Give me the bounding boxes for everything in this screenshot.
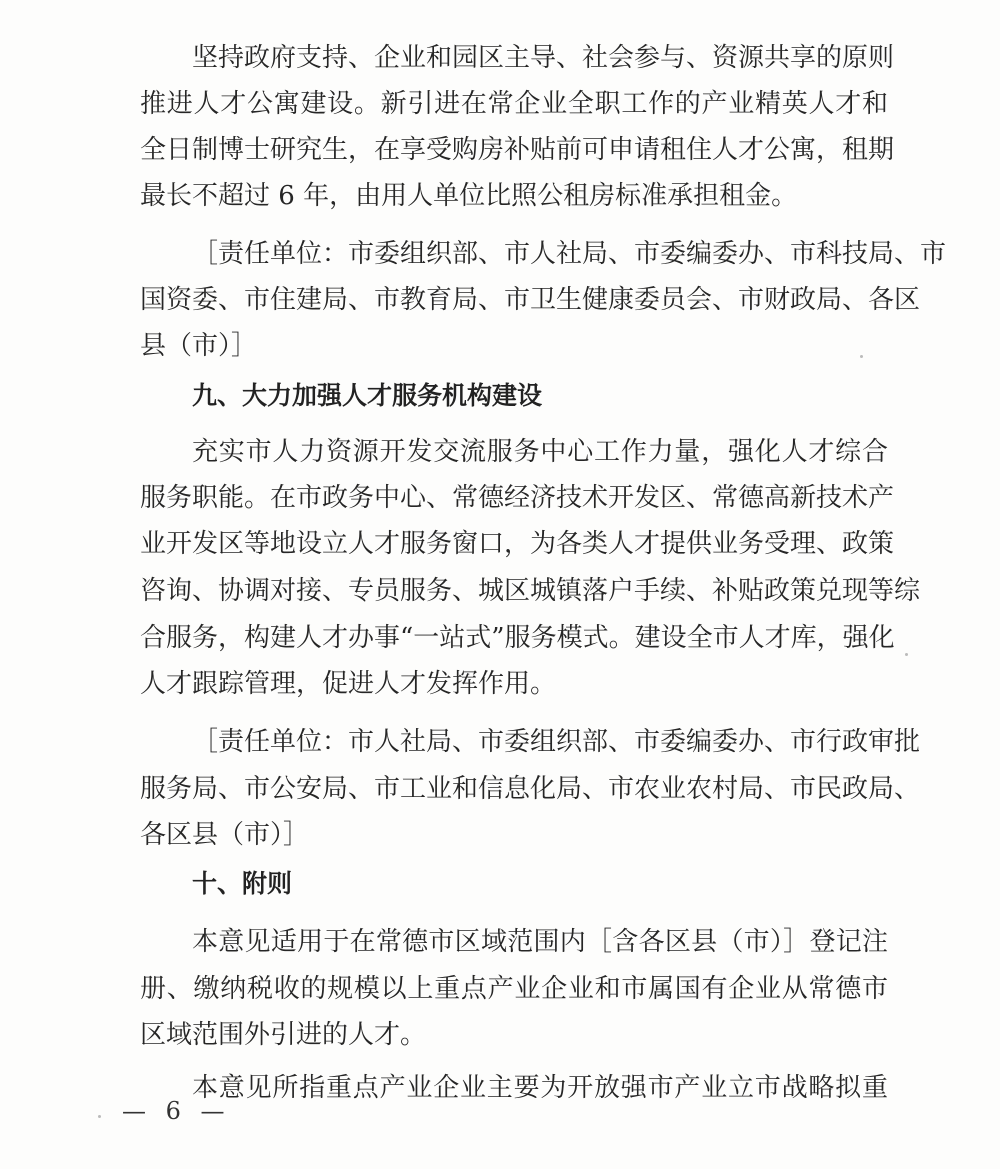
paragraph-service-line-1: 充实市人力资源开发交流服务中心工作力量，强化人才综合 [192, 436, 888, 468]
responsibility-units-1-line-1: ［责任单位：市委组织部、市人社局、市委编委办、市科技局、市 [192, 238, 888, 270]
responsibility-units-2-line-2: 服务局、市公安局、市工业和信息化局、市农业农村局、市民政局、 [140, 773, 888, 805]
responsibility-units-1-line-2: 国资委、市住建局、市教育局、市卫生健康委员会、市财政局、各区 [140, 284, 888, 316]
paragraph-apartment-line-4: 最长不超过 6 年，由用人单位比照公租房标准承担租金。 [140, 180, 888, 212]
paragraph-scope-line-3: 区域范围外引进的人才。 [140, 1019, 888, 1051]
scan-speck [98, 1115, 101, 1118]
paragraph-scope-line-2: 册、缴纳税收的规模以上重点产业企业和市属国有企业从常德市 [140, 973, 888, 1005]
page-number: — 6 — [122, 1096, 231, 1126]
scan-speck [905, 653, 908, 656]
paragraph-service-line-6: 人才跟踪管理，促进人才发挥作用。 [140, 668, 888, 700]
paragraph-apartment-line-2: 推进人才公寓建设。新引进在常企业全职工作的产业精英人才和 [140, 88, 888, 120]
paragraph-apartment-line-3: 全日制博士研究生，在享受购房补贴前可申请租住人才公寓，租期 [140, 134, 888, 166]
paragraph-service-line-5: 合服务，构建人才办事“一站式”服务模式。建设全市人才库，强化 [140, 622, 888, 654]
paragraph-service-line-2: 服务职能。在市政务中心、常德经济技术开发区、常德高新技术产 [140, 482, 888, 514]
responsibility-units-2-line-3: 各区县（市）］ [140, 819, 888, 851]
section-heading-10: 十、附则 [192, 868, 292, 900]
document-page: 坚持政府支持、企业和园区主导、社会参与、资源共享的原则 推进人才公寓建设。新引进… [0, 0, 1000, 1169]
responsibility-units-2-line-1: ［责任单位：市人社局、市委组织部、市委编委办、市行政审批 [192, 726, 888, 758]
responsibility-units-1-line-3: 县（市）］ [140, 330, 888, 362]
scan-speck [860, 355, 863, 358]
paragraph-scope-line-1: 本意见适用于在常德市区域范围内［含各区县（市）］登记注 [192, 926, 888, 958]
paragraph-service-line-3: 业开发区等地设立人才服务窗口，为各类人才提供业务受理、政策 [140, 528, 888, 560]
paragraph-apartment-line-1: 坚持政府支持、企业和园区主导、社会参与、资源共享的原则 [192, 42, 888, 74]
section-heading-9: 九、大力加强人才服务机构建设 [192, 380, 542, 412]
paragraph-service-line-4: 咨询、协调对接、专员服务、城区城镇落户手续、补贴政策兑现等综 [140, 575, 888, 607]
paragraph-definition-line-1: 本意见所指重点产业企业主要为开放强市产业立市战略拟重 [192, 1072, 888, 1104]
